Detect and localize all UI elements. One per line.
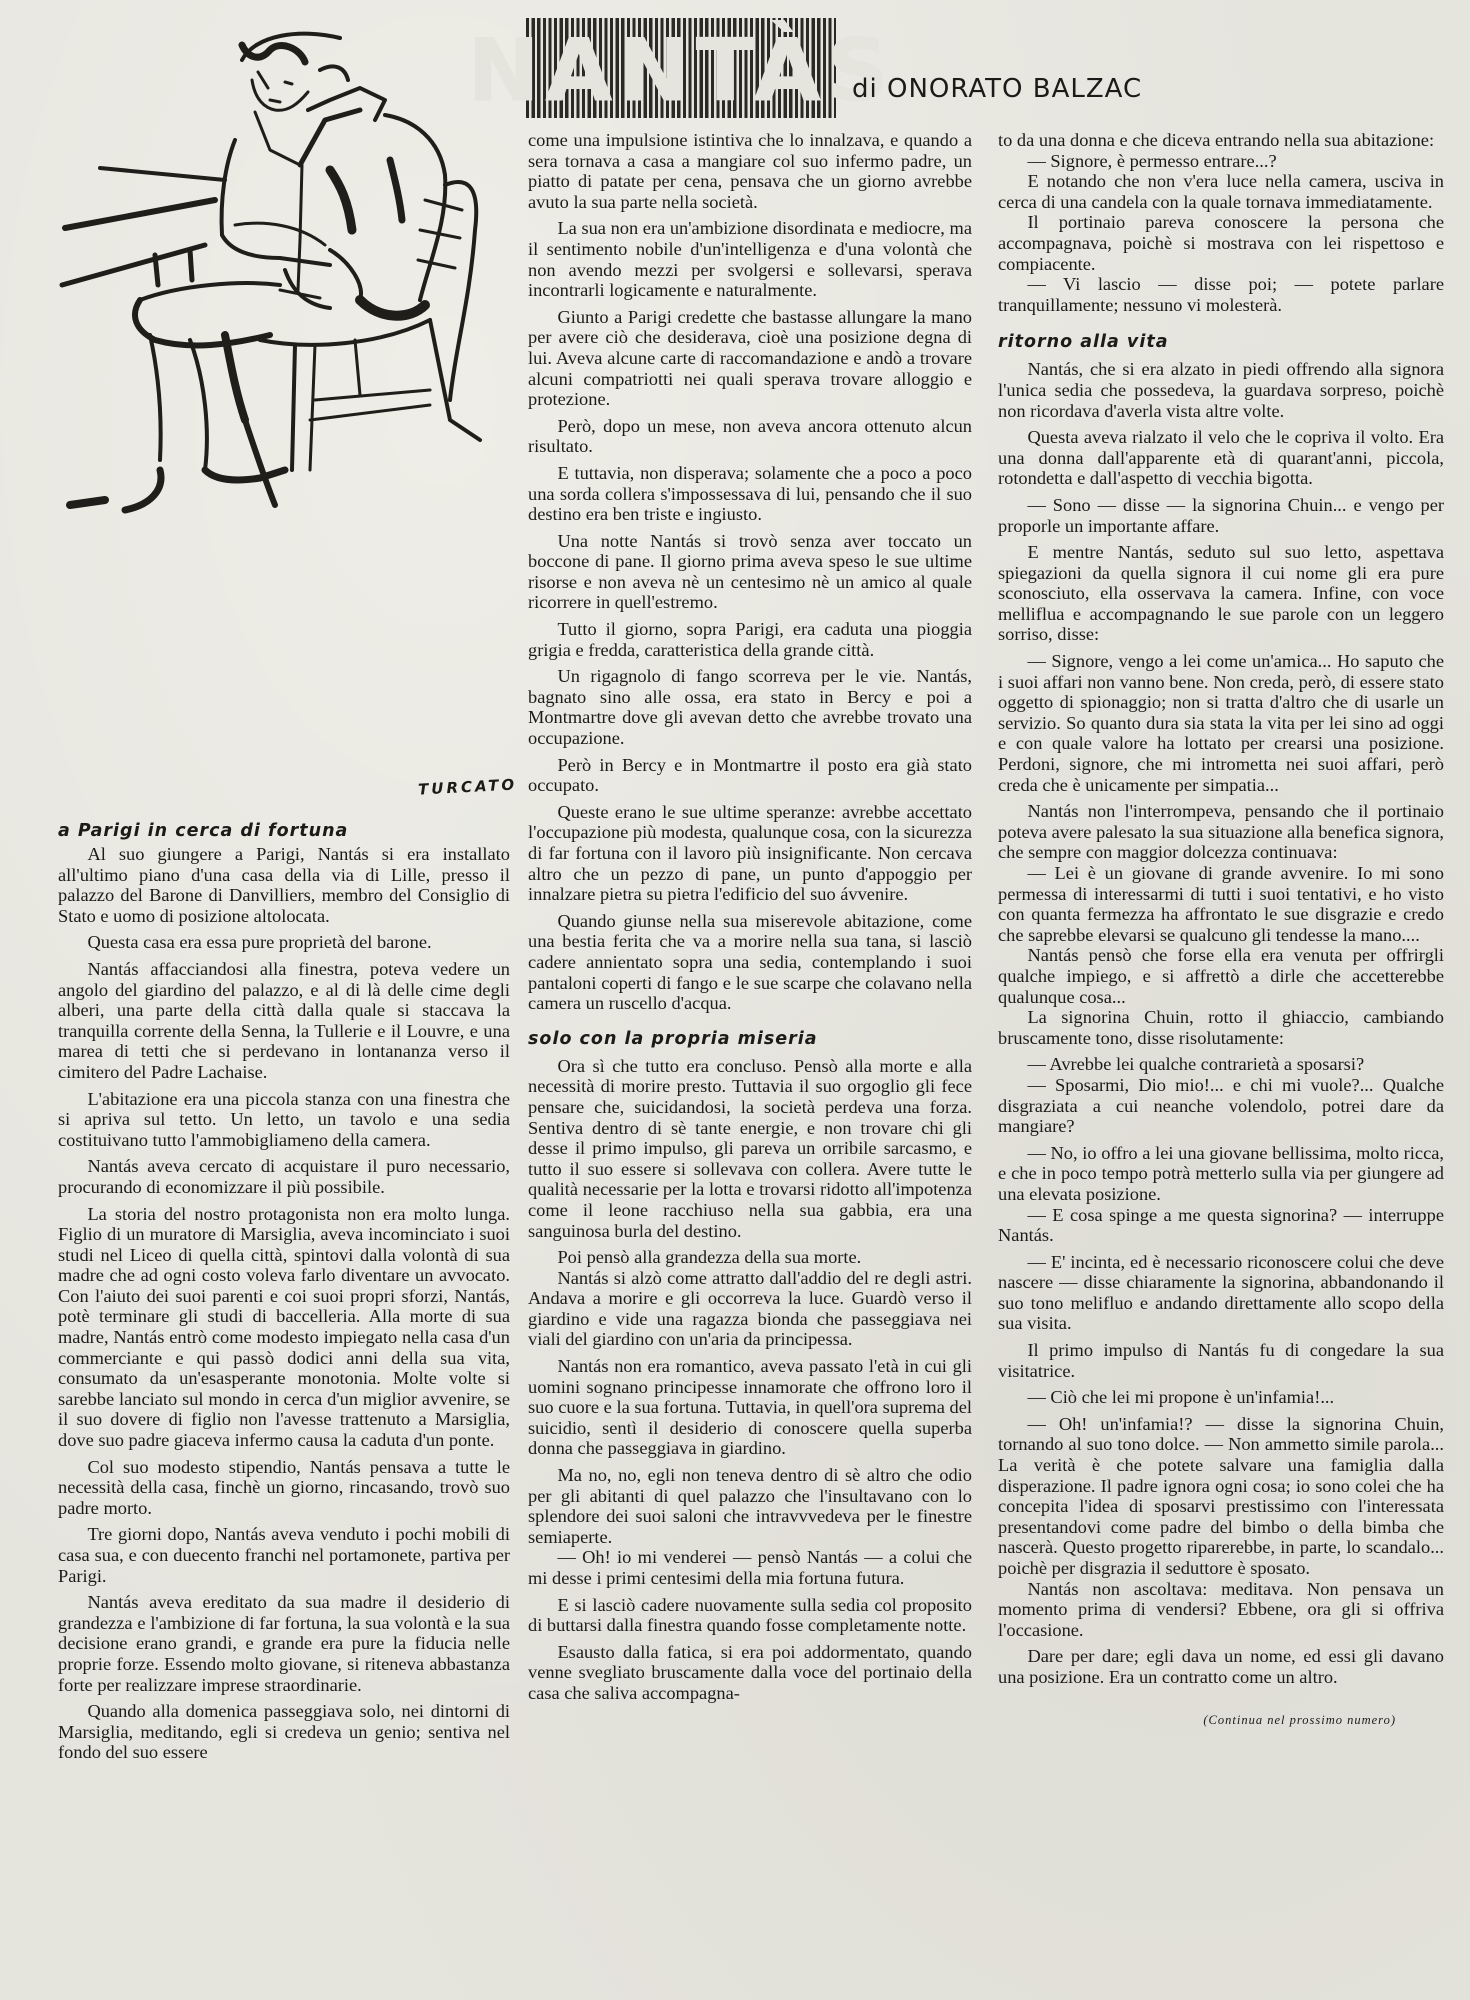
- continued-note: (Continua nel prossimo numero): [998, 1710, 1444, 1731]
- paragraph: Dare per dare; egli dava un nome, ed ess…: [998, 1646, 1444, 1687]
- paragraph: Nantás pensò che forse ella era venuta p…: [998, 945, 1444, 1007]
- paragraph: Esausto dalla fatica, si era poi addorme…: [528, 1642, 972, 1704]
- byline: di ONORATO BALZAC: [852, 74, 1142, 104]
- paragraph: Il primo impulso di Nantás fu di congeda…: [998, 1340, 1444, 1381]
- paragraph: Ma no, no, egli non teneva dentro di sè …: [528, 1465, 972, 1547]
- paragraph: — Oh! io mi venderei — pensò Nantás — a …: [528, 1547, 972, 1588]
- column-2: come una impulsione istintiva che lo inn…: [528, 130, 972, 1704]
- paragraph: — Sono — disse — la signorina Chuin... e…: [998, 495, 1444, 536]
- section-heading: a Parigi in cerca di fortuna: [58, 820, 510, 842]
- paragraph: — Sposarmi, Dio mio!... e chi mi vuole?.…: [998, 1075, 1444, 1137]
- paragraph: Tre giorni dopo, Nantás aveva venduto i …: [58, 1524, 510, 1586]
- paragraph: — Ciò che lei mi propone è un'infamia!..…: [998, 1387, 1444, 1408]
- paragraph: Però in Bercy e in Montmartre il posto e…: [528, 755, 972, 796]
- paragraph: Un rigagnolo di fango scorreva per le vi…: [528, 666, 972, 748]
- paragraph: — No, io offro a lei una giovane belliss…: [998, 1143, 1444, 1205]
- column-3: to da una donna e che diceva entrando ne…: [998, 130, 1444, 1730]
- masthead: NANTÀS: [526, 18, 836, 118]
- paragraph: Una notte Nantás si trovò senza aver toc…: [528, 531, 972, 613]
- paragraph: Nantás, che si era alzato in piedi offre…: [998, 359, 1444, 421]
- paragraph: Col suo modesto stipendio, Nantás pensav…: [58, 1457, 510, 1519]
- magazine-page: TURCATO NANTÀS di ONORATO BALZAC a Parig…: [0, 0, 1470, 2000]
- section-heading: ritorno alla vita: [998, 331, 1444, 353]
- paragraph: E mentre Nantás, seduto sul suo letto, a…: [998, 542, 1444, 645]
- paragraph: Quando alla domenica passeggiava solo, n…: [58, 1701, 510, 1763]
- paragraph: Nantás affacciandosi alla finestra, pote…: [58, 959, 510, 1083]
- column-1: a Parigi in cerca di fortuna Al suo giun…: [58, 820, 510, 1763]
- paragraph: La sua non era un'ambizione disordinata …: [528, 218, 972, 300]
- paragraph: La signorina Chuin, rotto il ghiaccio, c…: [998, 1007, 1444, 1048]
- paragraph: E si lasciò cadere nuovamente sulla sedi…: [528, 1595, 972, 1636]
- article-title: NANTÀS: [468, 22, 895, 114]
- paragraph: Ora sì che tutto era concluso. Pensò all…: [528, 1056, 972, 1241]
- paragraph: L'abitazione era una piccola stanza con …: [58, 1089, 510, 1151]
- paragraph: — Signore, vengo a lei come un'amica... …: [998, 651, 1444, 795]
- paragraph: — Vi lascio — disse poi; — potete parlar…: [998, 274, 1444, 315]
- paragraph: La storia del nostro protagonista non er…: [58, 1204, 510, 1451]
- paragraph: Questa casa era essa pure proprietà del …: [58, 932, 510, 953]
- paragraph: Poi pensò alla grandezza della sua morte…: [528, 1247, 972, 1268]
- paragraph: come una impulsione istintiva che lo inn…: [528, 130, 972, 212]
- paragraph: — Signore, è permesso entrare...?: [998, 151, 1444, 172]
- paragraph: Nantás aveva ereditato da sua madre il d…: [58, 1592, 510, 1695]
- paragraph: Il portinaio pareva conoscere la persona…: [998, 212, 1444, 274]
- paragraph: Questa aveva rialzato il velo che le cop…: [998, 427, 1444, 489]
- paragraph: Giunto a Parigi credette che bastasse al…: [528, 307, 972, 410]
- paragraph: Tutto il giorno, sopra Parigi, era cadut…: [528, 619, 972, 660]
- paragraph: Nantás aveva cercato di acquistare il pu…: [58, 1156, 510, 1197]
- illustration-seated-man: TURCATO: [30, 0, 510, 800]
- paragraph: Però, dopo un mese, non aveva ancora ott…: [528, 416, 972, 457]
- paragraph: Al suo giungere a Parigi, Nantás si era …: [58, 844, 510, 926]
- section-heading: solo con la propria miseria: [528, 1028, 972, 1050]
- sketch-drawing: [30, 0, 510, 800]
- paragraph: Queste erano le sue ultime speranze: avr…: [528, 802, 972, 905]
- paragraph: — Oh! un'infamia!? — disse la signorina …: [998, 1414, 1444, 1579]
- paragraph: E notando che non v'era luce nella camer…: [998, 171, 1444, 212]
- title-block: NANTÀS: [526, 18, 836, 118]
- paragraph: Nantás non era romantico, aveva passato …: [528, 1356, 972, 1459]
- paragraph: E tuttavia, non disperava; solamente che…: [528, 463, 972, 525]
- paragraph: — Avrebbe lei qualche contrarietà a spos…: [998, 1054, 1444, 1075]
- paragraph: to da una donna e che diceva entrando ne…: [998, 130, 1444, 151]
- paragraph: Nantás non l'interrompeva, pensando che …: [998, 801, 1444, 863]
- paragraph: Nantás si alzò come attratto dall'addio …: [528, 1268, 972, 1350]
- paragraph: — E' incinta, ed è necessario riconoscer…: [998, 1252, 1444, 1334]
- paragraph: Quando giunse nella sua miserevole abita…: [528, 911, 972, 1014]
- paragraph: Nantás non ascoltava: meditava. Non pens…: [998, 1579, 1444, 1641]
- paragraph: — Lei è un giovane di grande avvenire. I…: [998, 863, 1444, 945]
- paragraph: — E cosa spinge a me questa signorina? —…: [998, 1205, 1444, 1246]
